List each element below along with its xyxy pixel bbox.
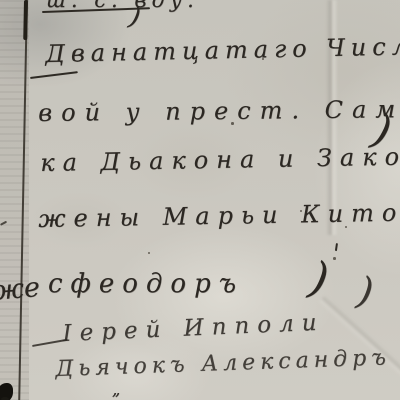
manuscript-page: ш. с. вду. ) Дванатцатаго Числа, вой у п… — [0, 0, 400, 400]
paper-speck — [345, 226, 347, 228]
margin-note: же — [0, 272, 41, 307]
initial-underline-flourish — [30, 71, 78, 79]
paper-speck — [262, 58, 264, 60]
handwritten-line-1: Дванатцатаго Числа, — [45, 32, 400, 68]
handwritten-line-3: ка Дьакона и Зако — [40, 143, 400, 177]
handwritten-line-2: вой у прест. Самри — [38, 95, 400, 127]
paper-speck — [148, 252, 150, 254]
handwritten-line-6: Іерей Ипполи — [62, 310, 325, 347]
entry-bracket-2: ) — [354, 268, 376, 314]
ruled-line-top-segment — [23, 0, 28, 40]
paper-speck — [231, 122, 234, 125]
bracket-tick — [335, 243, 338, 251]
paper-speck — [300, 210, 302, 212]
handwritten-line-5: сфеодоръ — [48, 269, 244, 299]
bracket-dot — [333, 257, 336, 260]
bottom-comma-mark: „ — [112, 380, 120, 399]
handwritten-line-7: Дьячокъ Александръ и — [55, 344, 400, 382]
